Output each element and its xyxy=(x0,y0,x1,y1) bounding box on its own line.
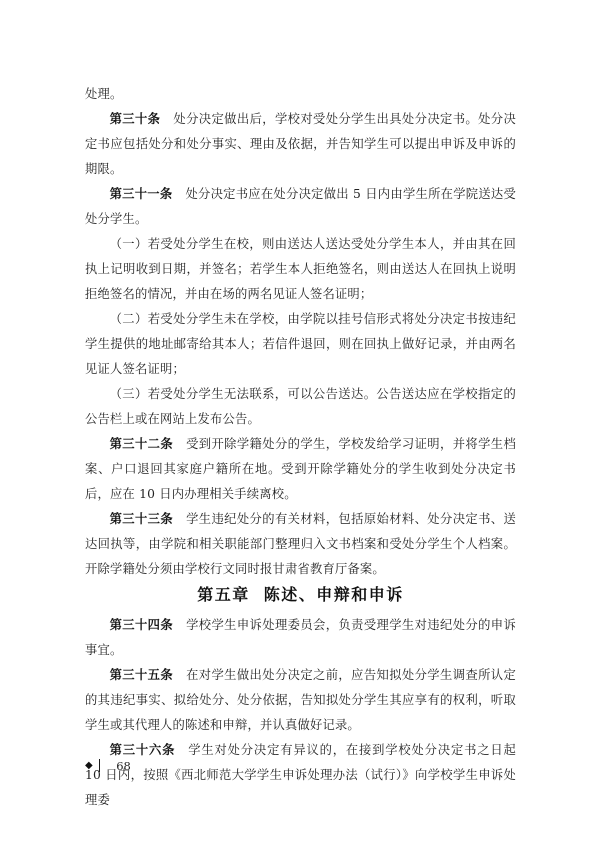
diamond-icon: ◆ xyxy=(85,761,93,771)
article-30-number: 第三十条 xyxy=(110,112,161,126)
article-32-number: 第三十二条 xyxy=(110,437,173,451)
document-page: 处理。 第三十条处分决定做出后，学校对受处分学生出具处分决定书。处分决定书应包括… xyxy=(0,0,599,847)
article-33-number: 第三十三条 xyxy=(110,512,173,526)
article-36-number: 第三十六条 xyxy=(110,743,176,757)
article-35: 第三十五条在对学生做出处分决定之前，应告知拟处分学生调查所认定的其违纪事实、拟给… xyxy=(85,663,516,738)
chapter-heading-title: 陈述、申辩和申诉 xyxy=(264,585,404,604)
chapter-heading: 第五章陈述、申辩和申诉 xyxy=(85,582,516,607)
clause-item-1: （一）若受处分学生在校，则由送达人送达受处分学生本人，并由其在回执上记明收到日期… xyxy=(85,232,516,307)
page-body: 处理。 第三十条处分决定做出后，学校对受处分学生出具处分决定书。处分决定书应包括… xyxy=(85,82,516,813)
article-35-number: 第三十五条 xyxy=(110,668,173,682)
article-31: 第三十一条处分决定书应在处分决定做出 5 日内由学生所在学院送达受处分学生。 xyxy=(85,182,516,232)
article-36: 第三十六条学生对处分决定有异议的，在接到学校处分决定书之日起 10 日内，按照《… xyxy=(85,738,516,813)
article-33: 第三十三条学生违纪处分的有关材料，包括原始材料、处分决定书、送达回执等，由学院和… xyxy=(85,507,516,582)
page-footer: ◆ 68 xyxy=(85,758,131,773)
paragraph-continuation: 处理。 xyxy=(85,82,516,107)
page-number: 68 xyxy=(116,759,131,773)
footer-divider xyxy=(99,759,101,772)
clause-item-2: （二）若受处分学生未在学校，由学院以挂号信形式将处分决定书按违纪学生提供的地址邮… xyxy=(85,307,516,382)
article-34: 第三十四条学校学生申诉处理委员会，负责受理学生对违纪处分的申诉事宜。 xyxy=(85,613,516,663)
clause-item-3: （三）若受处分学生无法联系，可以公告送达。公告送达应在学校指定的公告栏上或在网站… xyxy=(85,382,516,432)
article-30: 第三十条处分决定做出后，学校对受处分学生出具处分决定书。处分决定书应包括处分和处… xyxy=(85,107,516,182)
chapter-heading-label: 第五章 xyxy=(197,585,250,604)
article-32: 第三十二条受到开除学籍处分的学生，学校发给学习证明，并将学生档案、户口退回其家庭… xyxy=(85,432,516,507)
article-34-number: 第三十四条 xyxy=(110,618,173,632)
article-31-number: 第三十一条 xyxy=(110,187,173,201)
